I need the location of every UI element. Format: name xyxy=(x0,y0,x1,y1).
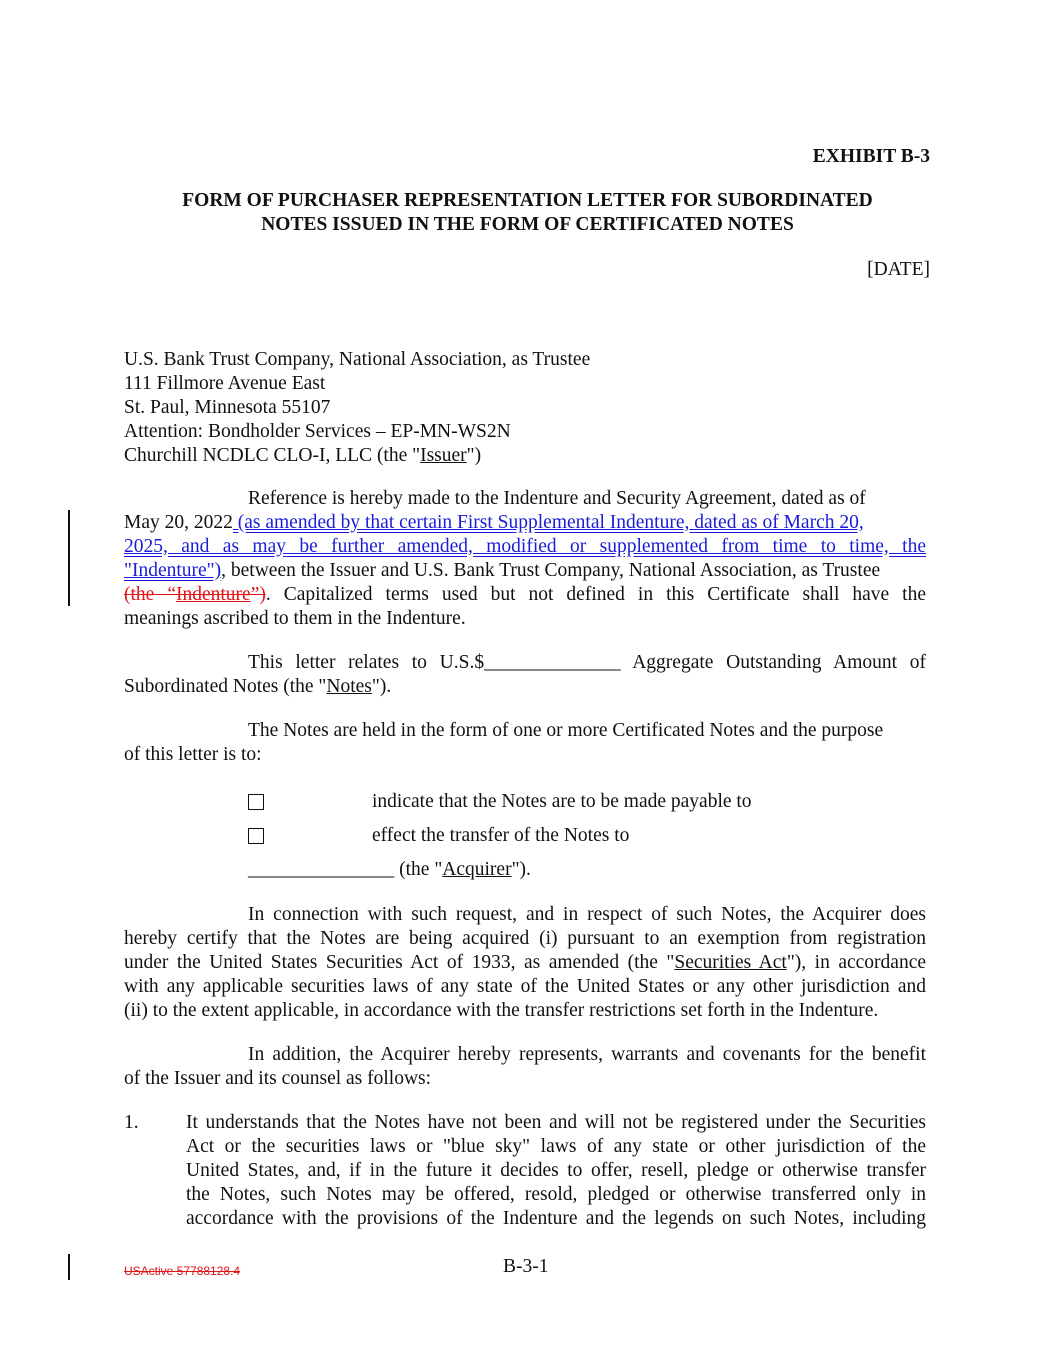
paragraph-purpose: The Notes are held in the form of one or… xyxy=(124,719,926,767)
page-number: B-3-1 xyxy=(503,1256,549,1278)
option-label-transfer: effect the transfer of the Notes to xyxy=(372,824,629,848)
document-title-line1: FORM OF PURCHASER REPRESENTATION LETTER … xyxy=(0,190,1055,212)
paragraph-representations: In addition, the Acquirer hereby represe… xyxy=(124,1043,926,1091)
list-item: It understands that the Notes have not b… xyxy=(186,1111,926,1231)
address-line-city: St. Paul, Minnesota 55107 xyxy=(124,396,590,420)
paragraph-amount: This letter relates to U.S.$____________… xyxy=(124,651,926,699)
checkbox-payable[interactable] xyxy=(248,794,264,810)
document-title-line2: NOTES ISSUED IN THE FORM OF CERTIFICATED… xyxy=(0,214,1055,236)
defined-term-acquirer: Acquirer xyxy=(442,859,511,880)
address-line-trustee: U.S. Bank Trust Company, National Associ… xyxy=(124,348,590,372)
inserted-text: 2025, and as may be further amended, mod… xyxy=(124,536,926,557)
defined-term-securities-act: Securities Act xyxy=(674,952,786,973)
inserted-text: "Indenture") xyxy=(124,560,221,581)
deleted-text: ”) xyxy=(251,584,266,605)
acquirer-line: _______________ (the "Acquirer"). xyxy=(248,858,531,882)
deleted-text: (the “ xyxy=(124,584,176,605)
footer-document-code: USActive 57788128.4 xyxy=(124,1264,240,1278)
change-bar xyxy=(68,510,70,606)
address-line-issuer: Churchill NCDLC CLO-I, LLC (the "Issuer"… xyxy=(124,444,590,468)
defined-term-issuer: Issuer xyxy=(420,445,467,466)
acquirer-blank[interactable]: _______________ xyxy=(248,859,394,880)
list-item-number: 1. xyxy=(124,1111,139,1135)
address-line-street: 111 Fillmore Avenue East xyxy=(124,372,590,396)
checkbox-transfer[interactable] xyxy=(248,828,264,844)
paragraph-certification: In connection with such request, and in … xyxy=(124,903,926,1023)
address-line-attention: Attention: Bondholder Services – EP-MN-W… xyxy=(124,420,590,444)
address-block: U.S. Bank Trust Company, National Associ… xyxy=(124,348,590,468)
deleted-defined-term: Indenture xyxy=(176,584,251,605)
exhibit-label: EXHIBIT B-3 xyxy=(813,146,930,168)
amount-blank[interactable]: ______________ xyxy=(484,652,621,673)
paragraph-reference: Reference is hereby made to the Indentur… xyxy=(124,487,926,631)
change-bar xyxy=(68,1254,70,1280)
date-placeholder: [DATE] xyxy=(867,259,930,281)
option-label-payable: indicate that the Notes are to be made p… xyxy=(372,790,752,814)
defined-term-notes: Notes xyxy=(326,676,372,697)
inserted-text: (as amended by that certain First Supple… xyxy=(233,512,864,533)
